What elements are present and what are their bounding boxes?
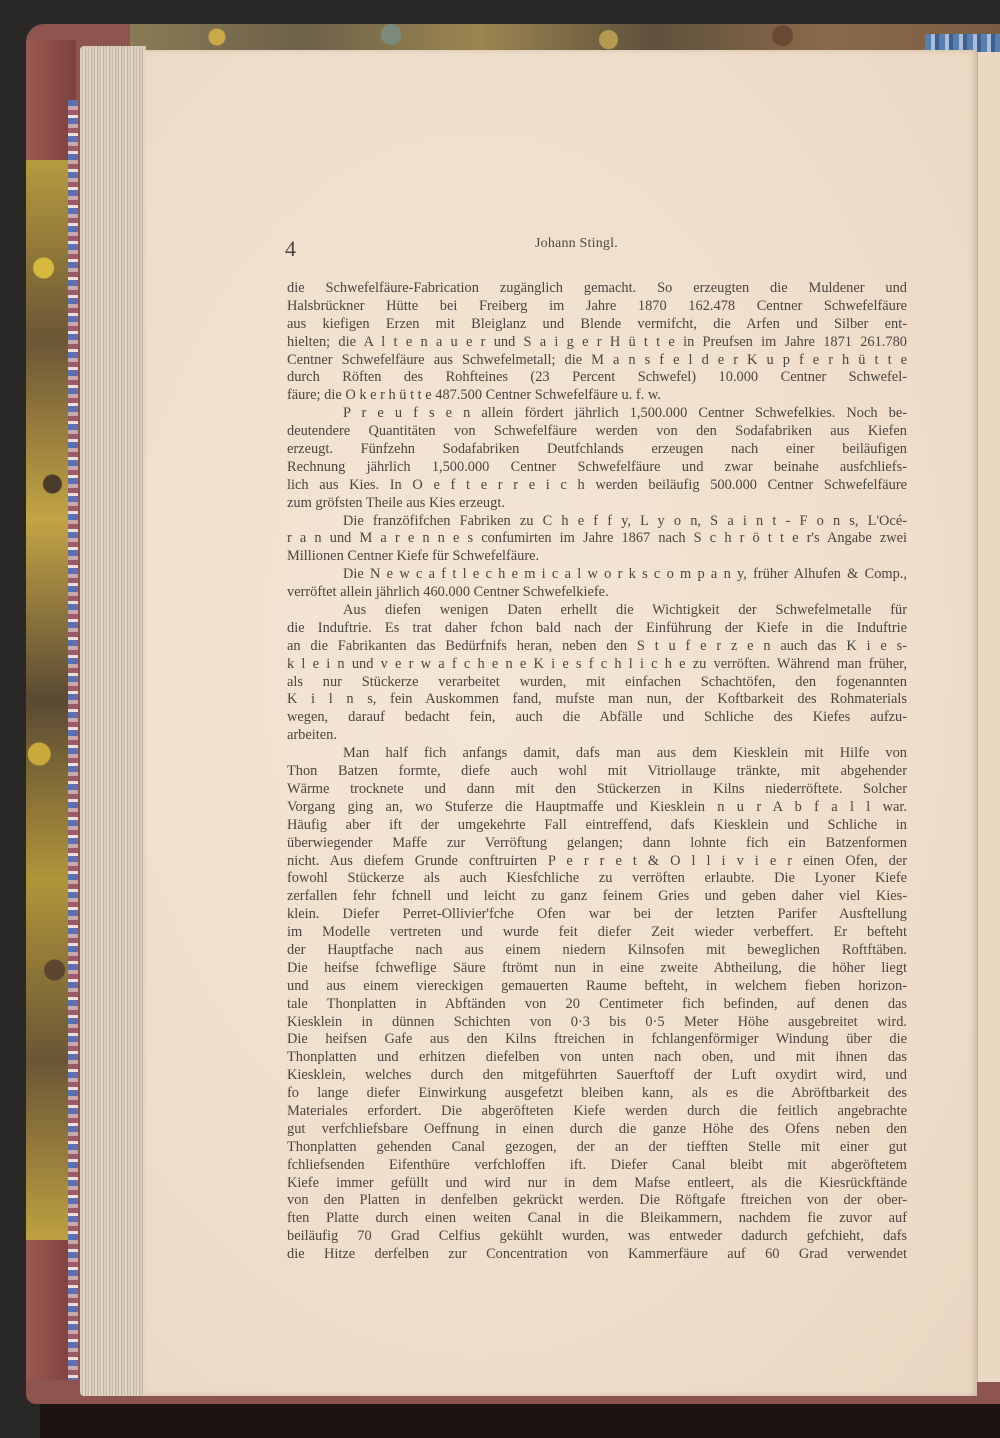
book-page: 4 Johann Stingl. die Schwefelfäure-Fabri…: [145, 50, 977, 1396]
text-line: fowohl Stückerze als auch Kiesfchliche z…: [287, 870, 907, 888]
text-line: Man half fich anfangs damit, dafs man au…: [287, 745, 907, 763]
text-line: Die N e w c a f t l e c h e m i c a l w …: [287, 566, 907, 584]
text-line: Die heifsen Gafe aus den Kilns ftreichen…: [287, 1031, 907, 1049]
text-line: Centner Schwefelfäure aus Schwefelmetall…: [287, 352, 907, 370]
text-line: erzeugt. Fünfzehn Sodafabriken Deutfchla…: [287, 441, 907, 459]
text-line: K i l n s, fein Auskommen fand, mufste m…: [287, 691, 907, 709]
text-line: Millionen Centner Kiefe für Schwefelfäur…: [287, 548, 907, 566]
text-line: zum gröfsten Theile aus Kies erzeugt.: [287, 495, 907, 513]
text-line: tale Thonplatten in Abftänden von 20 Cen…: [287, 996, 907, 1014]
text-line: durch Röften des Rohfteines (23 Percent …: [287, 369, 907, 387]
page-number: 4: [285, 236, 296, 262]
text-line: Halsbrückner Hütte bei Freiberg im Jahre…: [287, 298, 907, 316]
text-line: Materiales erfordert. Die abgeröfteten K…: [287, 1103, 907, 1121]
text-line: als nur Stückerze verarbeitet wurden, mi…: [287, 674, 907, 692]
text-line: an die Fabrikanten das Bedürfnifs heran,…: [287, 638, 907, 656]
text-line: zerfallen fehr fchnell und leicht zu gan…: [287, 888, 907, 906]
text-line: Kiesklein, welches durch den mitgeführte…: [287, 1067, 907, 1085]
text-line: hielten; die A l t e n a u e r und S a i…: [287, 334, 907, 352]
text-line: aus kiefigen Erzen mit Bleiglanz und Ble…: [287, 316, 907, 334]
text-line: Rechnung jährlich 1,500.000 Centner Schw…: [287, 459, 907, 477]
text-line: Die heifse fchweflige Säure ftrömt nun i…: [287, 960, 907, 978]
text-line: Thonplatten gehenden Canal gezogen, der …: [287, 1139, 907, 1157]
text-line: r a n und M a r e n n e s confumirten im…: [287, 530, 907, 548]
text-line: Häufig aber ift der umgekehrte Fall eint…: [287, 817, 907, 835]
text-line: Thon Batzen formte, diefe auch wohl mit …: [287, 763, 907, 781]
text-line: klein. Diefer Perret-Ollivier'fche Ofen …: [287, 906, 907, 924]
text-line: der Hauptfache nach aus einem niedern Ki…: [287, 942, 907, 960]
text-line: deutendere Quantitäten von Schwefelfäure…: [287, 423, 907, 441]
marbled-board: [26, 160, 70, 1240]
text-line: Vorgang ging an, wo Stuferze die Hauptma…: [287, 799, 907, 817]
text-line: arbeiten.: [287, 727, 907, 745]
text-line: lich aus Kies. In O e f t e r r e i c h …: [287, 477, 907, 495]
text-line: Thonplatten und erhitzen diefelben von u…: [287, 1049, 907, 1067]
text-line: die Schwefelfäure-Fabrication zugänglich…: [287, 280, 907, 298]
text-line: fo lange diefer Einwirkung ausgefetzt bl…: [287, 1085, 907, 1103]
text-line: k l e i n und v e r w a f c h e n e K i …: [287, 656, 907, 674]
text-line: Die franzöfifchen Fabriken zu C h e f f …: [287, 513, 907, 531]
text-line: beiläufig 70 Grad Celfius gekühlt wurden…: [287, 1228, 907, 1246]
text-line: überwiegender Maffe zur Verröftung gelan…: [287, 835, 907, 853]
marbled-cover-top: [130, 24, 1000, 50]
text-line: wegen, darauf bedacht fein, auch die Abf…: [287, 709, 907, 727]
text-line: fchliefsenden Eifenthüre verfchloffen if…: [287, 1157, 907, 1175]
text-line: und aus einem viereckigen gemauerten Rau…: [287, 978, 907, 996]
text-line: Kiesklein in dünnen Schichten von 0·3 bi…: [287, 1014, 907, 1032]
text-line: ften Platte durch einen weiten Canal in …: [287, 1210, 907, 1228]
text-line: gut verfchliefsbare Oeffnung in einen du…: [287, 1121, 907, 1139]
text-line: die Hitze derfelben zur Concentration vo…: [287, 1246, 907, 1264]
text-line: die Induftrie. Es trat daher fchon bald …: [287, 620, 907, 638]
text-line: Wärme trocknete und dann mit den Stücker…: [287, 781, 907, 799]
text-line: nicht. Aus diefem Grunde conftruirten P …: [287, 853, 907, 871]
body-text: die Schwefelfäure-Fabrication zugänglich…: [287, 280, 907, 1264]
next-page-edge: [977, 52, 1000, 1382]
text-line: P r e u f s e n allein fördert jährlich …: [287, 405, 907, 423]
text-line: Kiefe immer gefüllt und wird nur in dem …: [287, 1175, 907, 1193]
text-line: von den Platten in denfelben gekrückt we…: [287, 1192, 907, 1210]
text-line: fäure; die O k e r h ü t t e 487.500 Cen…: [287, 387, 907, 405]
text-line: im Modelle vertreten und wurde feit dief…: [287, 924, 907, 942]
text-line: verröftet allein jährlich 460.000 Centne…: [287, 584, 907, 602]
text-line: Aus diefen wenigen Daten erhellt die Wic…: [287, 602, 907, 620]
page-stack-edges: [80, 46, 146, 1396]
running-head: Johann Stingl.: [535, 236, 618, 252]
marbled-endpaper: [68, 100, 78, 1380]
page-header: 4 Johann Stingl.: [145, 236, 977, 260]
